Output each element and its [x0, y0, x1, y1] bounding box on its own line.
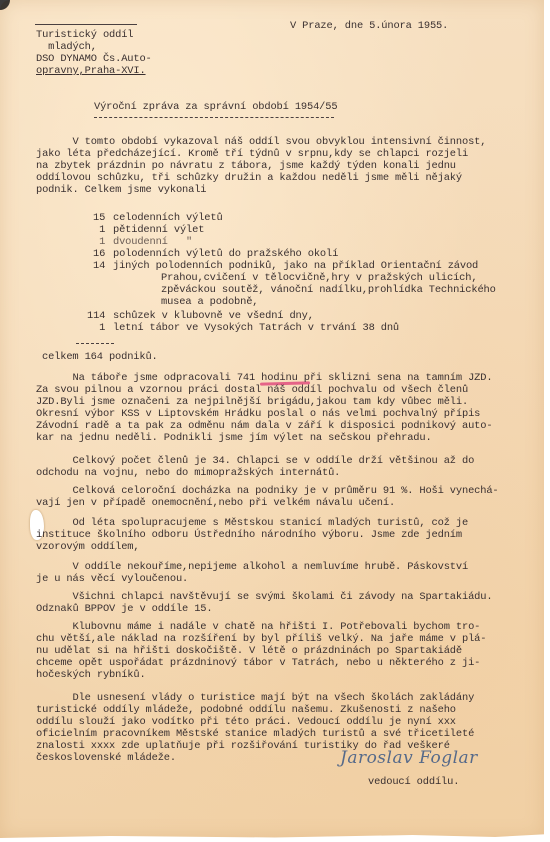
paragraph-line: vzorovým oddílem,	[36, 541, 139, 553]
sum-rule	[76, 343, 114, 344]
intro-line-4: oddílovou schůzku, tři schůzky družin a …	[36, 172, 462, 184]
paragraph-line: kar na jednu neděli. Podnikli jsme jím v…	[36, 432, 432, 444]
report-title: Výroční zpráva za správní období 1954/55	[94, 101, 337, 113]
paragraph-line: Klubovnu máme i nadále v chatě na hřišti…	[36, 621, 480, 633]
paragraph-line: Celková celoroční docházka na podniky je…	[36, 485, 499, 497]
intro-line-3: na zbytek prázdnin po návratu z tábora, …	[36, 160, 456, 172]
intro-line-2: jako léta předcházející. Kromě tří týdnů…	[36, 148, 468, 160]
activity-continued: Prahou,cvičení v tělocvičně,hry v pražsk…	[161, 272, 477, 284]
paragraph-line: JZD.Byli jsme označeni za nejpilnější br…	[36, 396, 468, 408]
signature-role: vedoucí oddílu.	[368, 776, 459, 788]
paragraph-line: turistické oddíly mládeže, podobné oddíl…	[36, 704, 456, 716]
activity-count: 1	[87, 322, 105, 334]
activity-continued: musea a podobně,	[161, 296, 258, 308]
paragraph-line: Za svou pilnou a vzornou práci dostal ná…	[36, 384, 468, 396]
activity-count: 14	[93, 260, 105, 272]
activity-count: 1	[93, 224, 105, 236]
activity-text: schůzek v klubovně ve všední dny,	[113, 310, 314, 322]
paragraph-line: je u nás věcí vyloučenou.	[36, 573, 188, 585]
paragraph-line: Okresní výbor KSS v Liptovském Hrádku po…	[36, 408, 480, 420]
activity-count: 16	[93, 248, 105, 260]
intro-line-5: podnik. Celkem jsme vykonali	[36, 184, 206, 196]
paragraph-line: oddílu slouží jako vodítko při této prác…	[36, 716, 456, 728]
activity-text: pětidenní výlet	[113, 224, 204, 236]
activity-text: dvoudenní "	[113, 236, 192, 248]
sender-line-2: mladých,	[36, 41, 97, 53]
paragraph-line: V oddíle nekouříme,nepijeme alkohol a ne…	[36, 561, 468, 573]
paragraph-line: nu udělat si na hřišti doskočiště. V lét…	[36, 645, 462, 657]
paragraph-line: Závodní radě a ta pak za odměnu nám dala…	[36, 420, 492, 432]
document-page: Turistický oddíl mladých, DSO DYNAMO Čs.…	[0, 0, 544, 838]
header-rule	[35, 24, 137, 25]
activity-continued: zpěváckou soutěž, vánoční nadílku,prohlí…	[161, 284, 496, 296]
activity-text: letní tábor ve Vysokých Tatrách v trvání…	[113, 322, 399, 334]
paragraph-line: Celkový počet členů je 34. Chlapci se v …	[36, 455, 474, 467]
intro-line-1: V tomto období vykazoval náš oddíl svou …	[36, 136, 486, 148]
activity-text: celodenních výletů	[113, 212, 223, 224]
handwritten-signature: Jaroslav Foglar	[340, 748, 478, 768]
paragraph-line: chu větší,ale náklad na rozšíření by byl…	[36, 633, 486, 645]
activity-count: 1	[93, 236, 105, 248]
paragraph-line: chceme opět uspořádat prázdninový tábor …	[36, 657, 480, 669]
activity-text: polodenních výletů do pražského okolí	[113, 248, 338, 260]
paragraph-line: Všichni chlapci navštěvují se svými škol…	[36, 591, 492, 603]
paragraph-line: oficielním pracovníkem Městské stanice m…	[36, 728, 474, 740]
paragraph-line: Dle usnesení vlády o turistice mají být …	[36, 692, 474, 704]
place-date: V Praze, dne 5.února 1955.	[290, 20, 448, 32]
title-underline	[94, 117, 334, 118]
paragraph-line: odchodu na vojnu, nebo do mimopražských …	[36, 467, 340, 479]
sender-line-3: DSO DYNAMO Čs.Auto-	[36, 53, 152, 65]
total-line: celkem 164 podniků.	[42, 351, 158, 363]
paragraph-line: Od léta spolupracujeme s Městskou stanic…	[36, 517, 468, 529]
activity-text: jiných polodenních podniků, jako na přík…	[113, 260, 478, 272]
paragraph-line: Na táboře jsme odpracovali 741 hodinu př…	[36, 372, 492, 384]
paragraph-line: vají jen v případě onemocnění,nebo při v…	[36, 497, 395, 509]
paragraph-line: instituce školního odboru Ústředního nár…	[36, 529, 462, 541]
paragraph-line: československé mládeže.	[36, 752, 176, 764]
activity-count: 15	[93, 212, 105, 224]
activity-count: 114	[87, 310, 105, 322]
sender-line-1: Turistický oddíl	[36, 29, 133, 41]
paragraph-line: Odznaků BPPOV je v oddíle 15.	[36, 603, 212, 615]
sender-line-4: opravny,Praha-XVI.	[36, 65, 146, 77]
paragraph-line: hočeských rybníků.	[36, 669, 146, 681]
